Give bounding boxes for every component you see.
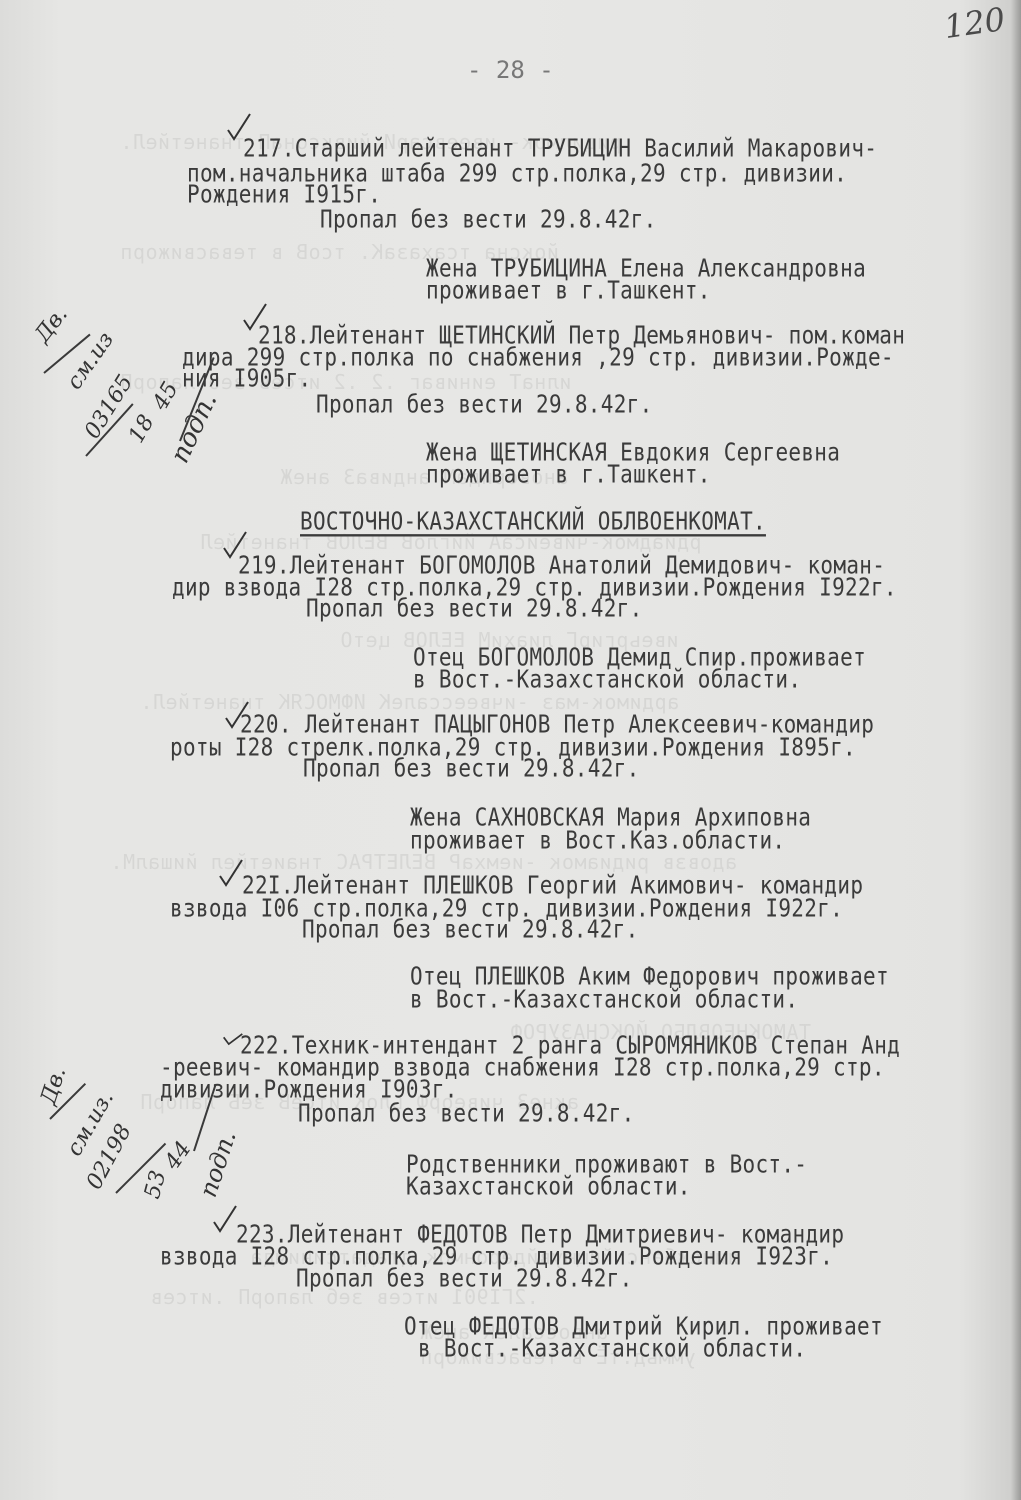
folio-number: 120 bbox=[942, 0, 1008, 46]
entry-220-relative-2: проживает в Вост.Каз.области. bbox=[410, 826, 785, 854]
entry-219-relative-2: в Вост.-Казахстанской области. bbox=[413, 665, 801, 693]
entry-218-status: Пропал без вести 29.8.42г. bbox=[316, 390, 653, 418]
entry-222-relative-2: Казахстанской области. bbox=[406, 1172, 691, 1200]
margin-note-text: подп. bbox=[194, 1127, 242, 1201]
entry-221-relative-2: в Вост.-Казахстанской области. bbox=[410, 985, 798, 1013]
document-page: ридилмок- ивеевсарИ йивксонаП тнанетйеЛ.… bbox=[0, 0, 1021, 1500]
entry-219-status: Пропал без вести 29.8.42г. bbox=[306, 594, 643, 622]
entry-217-relative-2: проживает в г.Ташкент. bbox=[426, 276, 711, 304]
margin-note-text: 18 bbox=[124, 411, 160, 448]
page-number: - 28 - bbox=[467, 56, 554, 84]
margin-note-text: 53 bbox=[140, 1168, 171, 1202]
entry-221-status: Пропал без вести 29.8.42г. bbox=[302, 915, 639, 943]
checkmark-icon bbox=[218, 858, 244, 888]
entry-217-status: Пропал без вести 29.8.42г. bbox=[320, 205, 657, 233]
section-heading: ВОСТОЧНО-КАЗАХСТАНСКИЙ ОБЛВОЕНКОМАТ. bbox=[300, 507, 766, 535]
margin-note-text: Дв. bbox=[30, 302, 73, 347]
entry-222-status: Пропал без вести 29.8.42г. bbox=[298, 1099, 635, 1127]
checkmark-icon bbox=[212, 1204, 238, 1234]
entry-223-status: Пропал без вести 29.8.42г. bbox=[296, 1264, 633, 1292]
entry-220-status: Пропал без вести 29.8.42г. bbox=[303, 754, 640, 782]
entry-223-relative-2: в Вост.-Казахстанской области. bbox=[418, 1334, 806, 1362]
entry-218-relative-2: проживает в г.Ташкент. bbox=[426, 460, 711, 488]
